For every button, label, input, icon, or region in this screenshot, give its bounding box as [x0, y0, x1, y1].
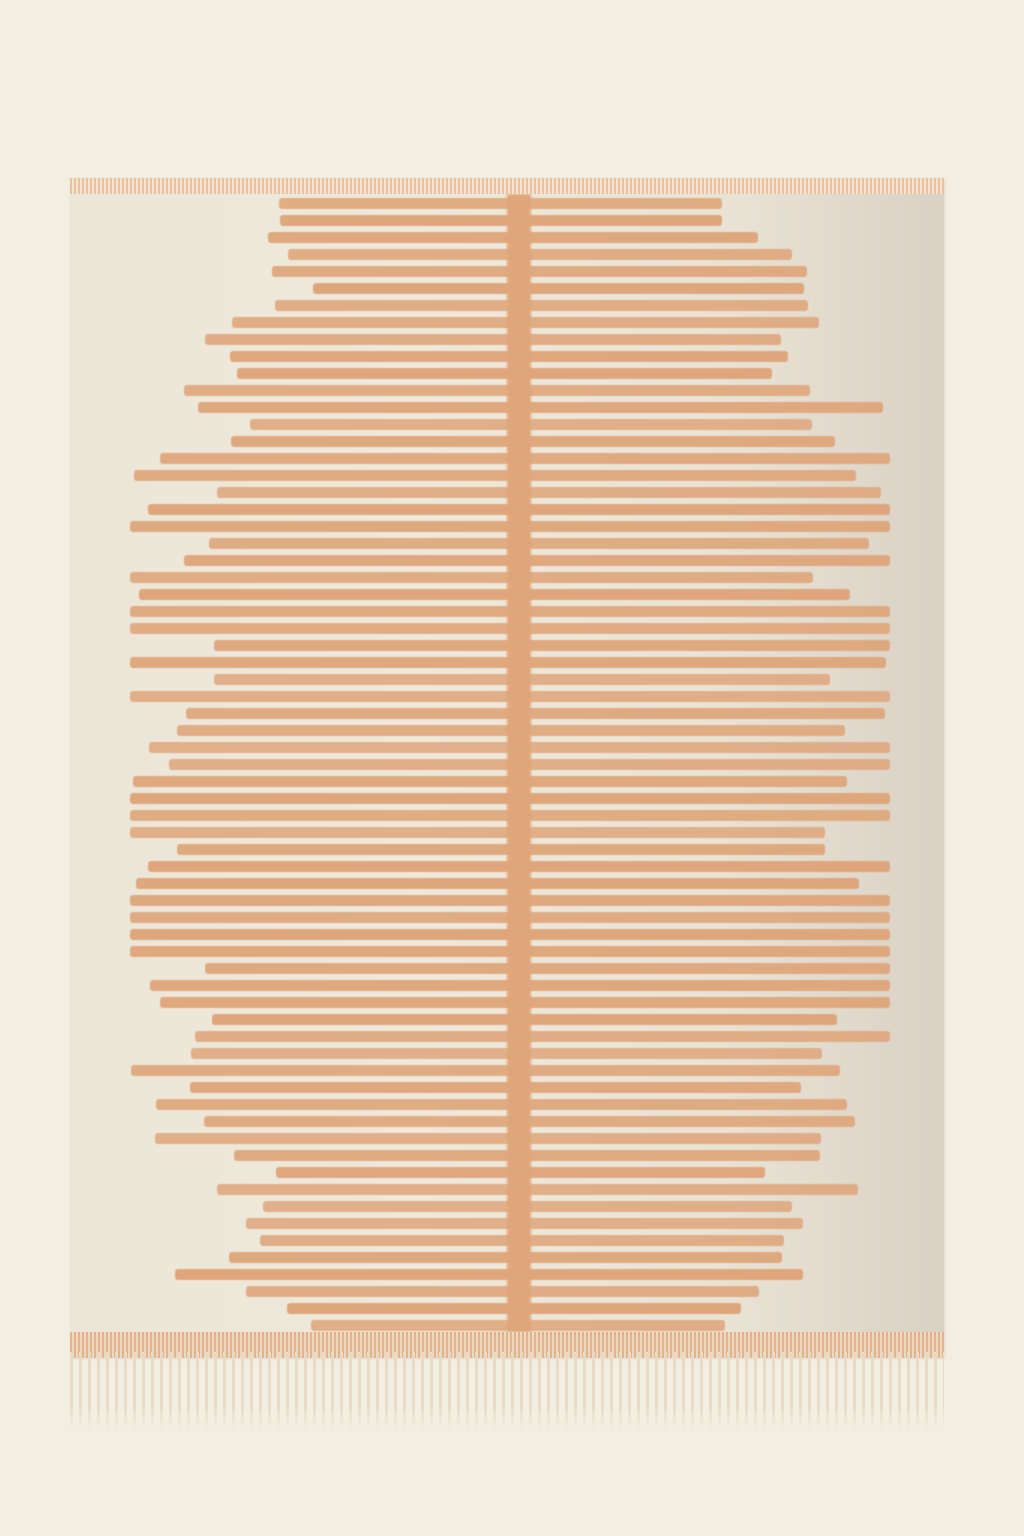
rug-stripe [130, 810, 890, 821]
rug-stripe [156, 1099, 846, 1110]
rug-stripe [177, 725, 845, 736]
rug-stripe [250, 419, 812, 430]
rug-stripe [280, 215, 722, 226]
rug-stripe [131, 1065, 840, 1076]
rug-stripe [148, 504, 890, 515]
rug-stripe [205, 963, 890, 974]
rug-stripe [130, 793, 890, 804]
rug-stripe [287, 1303, 741, 1314]
rug-stripe [204, 1116, 855, 1127]
rug-stripe [205, 334, 782, 345]
rug-stripe [130, 657, 886, 668]
rug-stripe [130, 929, 890, 940]
rug-stripe [148, 861, 890, 872]
rug-stripe [130, 895, 890, 906]
rug-stripe [139, 589, 851, 600]
rug-stripe [234, 1150, 820, 1161]
rug [70, 178, 944, 1358]
rug-stripe [237, 368, 771, 379]
rug-stripe [160, 997, 890, 1008]
rug-stripe [130, 623, 890, 634]
rug-top-edge [70, 178, 944, 194]
rug-stripe [212, 1014, 837, 1025]
rug-stripe [150, 980, 890, 991]
rug-stripe [263, 1201, 792, 1212]
rug-stripe [195, 1031, 890, 1042]
rug-stripe [190, 1082, 801, 1093]
rug-stripe [260, 1235, 784, 1246]
rug-stripe [136, 878, 859, 889]
rug-stripe [130, 691, 890, 702]
rug-stripe [268, 232, 758, 243]
rug-stripe [130, 572, 813, 583]
rug-stripe [191, 1048, 822, 1059]
rug-pattern-field [70, 194, 944, 1332]
rug-stripe [134, 470, 856, 481]
rug-stripe [214, 640, 890, 651]
rug-stripe [313, 283, 804, 294]
rug-stripe [229, 1252, 781, 1263]
rug-stripe [214, 674, 830, 685]
rug-stripe [177, 844, 825, 855]
rug-stripe [130, 946, 890, 957]
rug-stripe [272, 266, 807, 277]
rug-stripe [276, 1167, 764, 1178]
rug-stripe [288, 249, 792, 260]
rug-stripe [246, 1286, 758, 1297]
rug-stripe [149, 742, 890, 753]
rug-stripe [186, 708, 885, 719]
rug-stripe [133, 776, 846, 787]
rug-stripe [175, 1269, 803, 1280]
rug-stripe [217, 1184, 857, 1195]
rug-stripe [275, 300, 808, 311]
rug-stripe [184, 555, 890, 566]
rug-stripe [130, 521, 890, 532]
rug-fringe [70, 1352, 944, 1430]
rug-stripe [184, 385, 810, 396]
rug-stripe [279, 198, 722, 209]
rug-stripe [311, 1320, 725, 1331]
rug-stripe [160, 453, 890, 464]
rug-stripe [155, 1133, 821, 1144]
rug-stripe [130, 827, 825, 838]
rug-stripe [232, 317, 819, 328]
rug-stripe [231, 436, 835, 447]
rug-stripe [246, 1218, 804, 1229]
rug-stripe [217, 487, 881, 498]
rug-stripe [209, 538, 869, 549]
rug-stripe [130, 912, 890, 923]
rug-stripe [130, 606, 890, 617]
rug-stripe [169, 759, 890, 770]
rug-stripe [230, 351, 788, 362]
rug-stripe [198, 402, 883, 413]
